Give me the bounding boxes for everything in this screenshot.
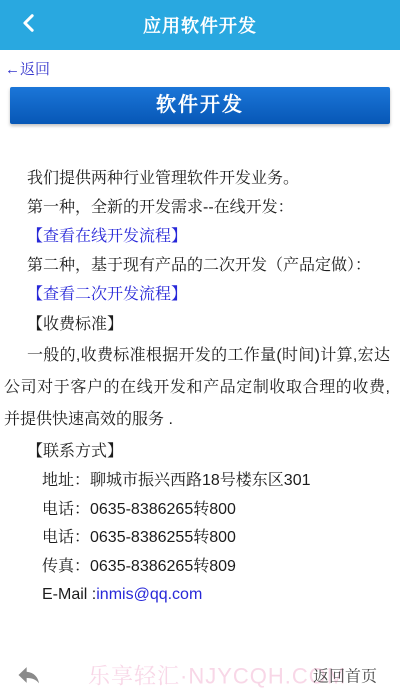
footer-back-button[interactable] (15, 661, 43, 689)
email-link[interactable]: inmis@qq.com (96, 586, 202, 603)
email-label: E-Mail : (42, 586, 96, 603)
first-type-text: 第一种，全新的开发需求--在线开发： (4, 193, 390, 222)
pricing-text: 一般的,收费标准根据开发的工作量(时间)计算,宏达公司对于客户的在线开发和产品定… (4, 340, 390, 436)
view-online-flow-link[interactable]: 【查看在线开发流程】 (27, 228, 187, 245)
article-body: 我们提供两种行业管理软件开发业务。 第一种，全新的开发需求--在线开发： 【查看… (0, 124, 400, 610)
section-banner: 软件开发 (10, 87, 390, 124)
contact-fax: 传真：0635-8386265转809 (4, 553, 390, 582)
contact-phone-2: 电话：0635-8386255转800 (4, 524, 390, 553)
contact-address: 地址：聊城市振兴西路18号楼东区301 (4, 467, 390, 496)
return-home-link[interactable]: 返回首页 (313, 664, 377, 687)
second-type-text: 第二种，基于现有产品的二次开发（产品定做）： (4, 251, 390, 280)
contact-heading: 【联系方式】 (4, 436, 390, 467)
footer-bar: 乐享轻汇·NJYCQH.COM 返回首页 (0, 650, 400, 700)
chevron-left-icon (18, 10, 40, 41)
contact-email-line: E-Mail :inmis@qq.com (4, 581, 390, 610)
reply-arrow-icon (15, 676, 43, 693)
app-screen: 应用软件开发 ←返回 软件开发 我们提供两种行业管理软件开发业务。 第一种，全新… (0, 0, 400, 700)
page-title: 应用软件开发 (143, 12, 257, 38)
return-link[interactable]: ←返回 (5, 61, 50, 78)
contact-phone-1: 电话：0635-8386265转800 (4, 496, 390, 525)
pricing-heading: 【收费标准】 (4, 309, 390, 340)
online-flow-link-line: 【查看在线开发流程】 (4, 222, 390, 251)
view-secondary-flow-link[interactable]: 【查看二次开发流程】 (27, 286, 187, 303)
top-app-bar: 应用软件开发 (0, 0, 400, 50)
back-button[interactable] (8, 0, 50, 50)
secondary-flow-link-line: 【查看二次开发流程】 (4, 280, 390, 309)
back-link-row: ←返回 (0, 50, 400, 85)
intro-text: 我们提供两种行业管理软件开发业务。 (4, 164, 390, 193)
watermark-text: 乐享轻汇·NJYCQH.COM (88, 660, 346, 691)
